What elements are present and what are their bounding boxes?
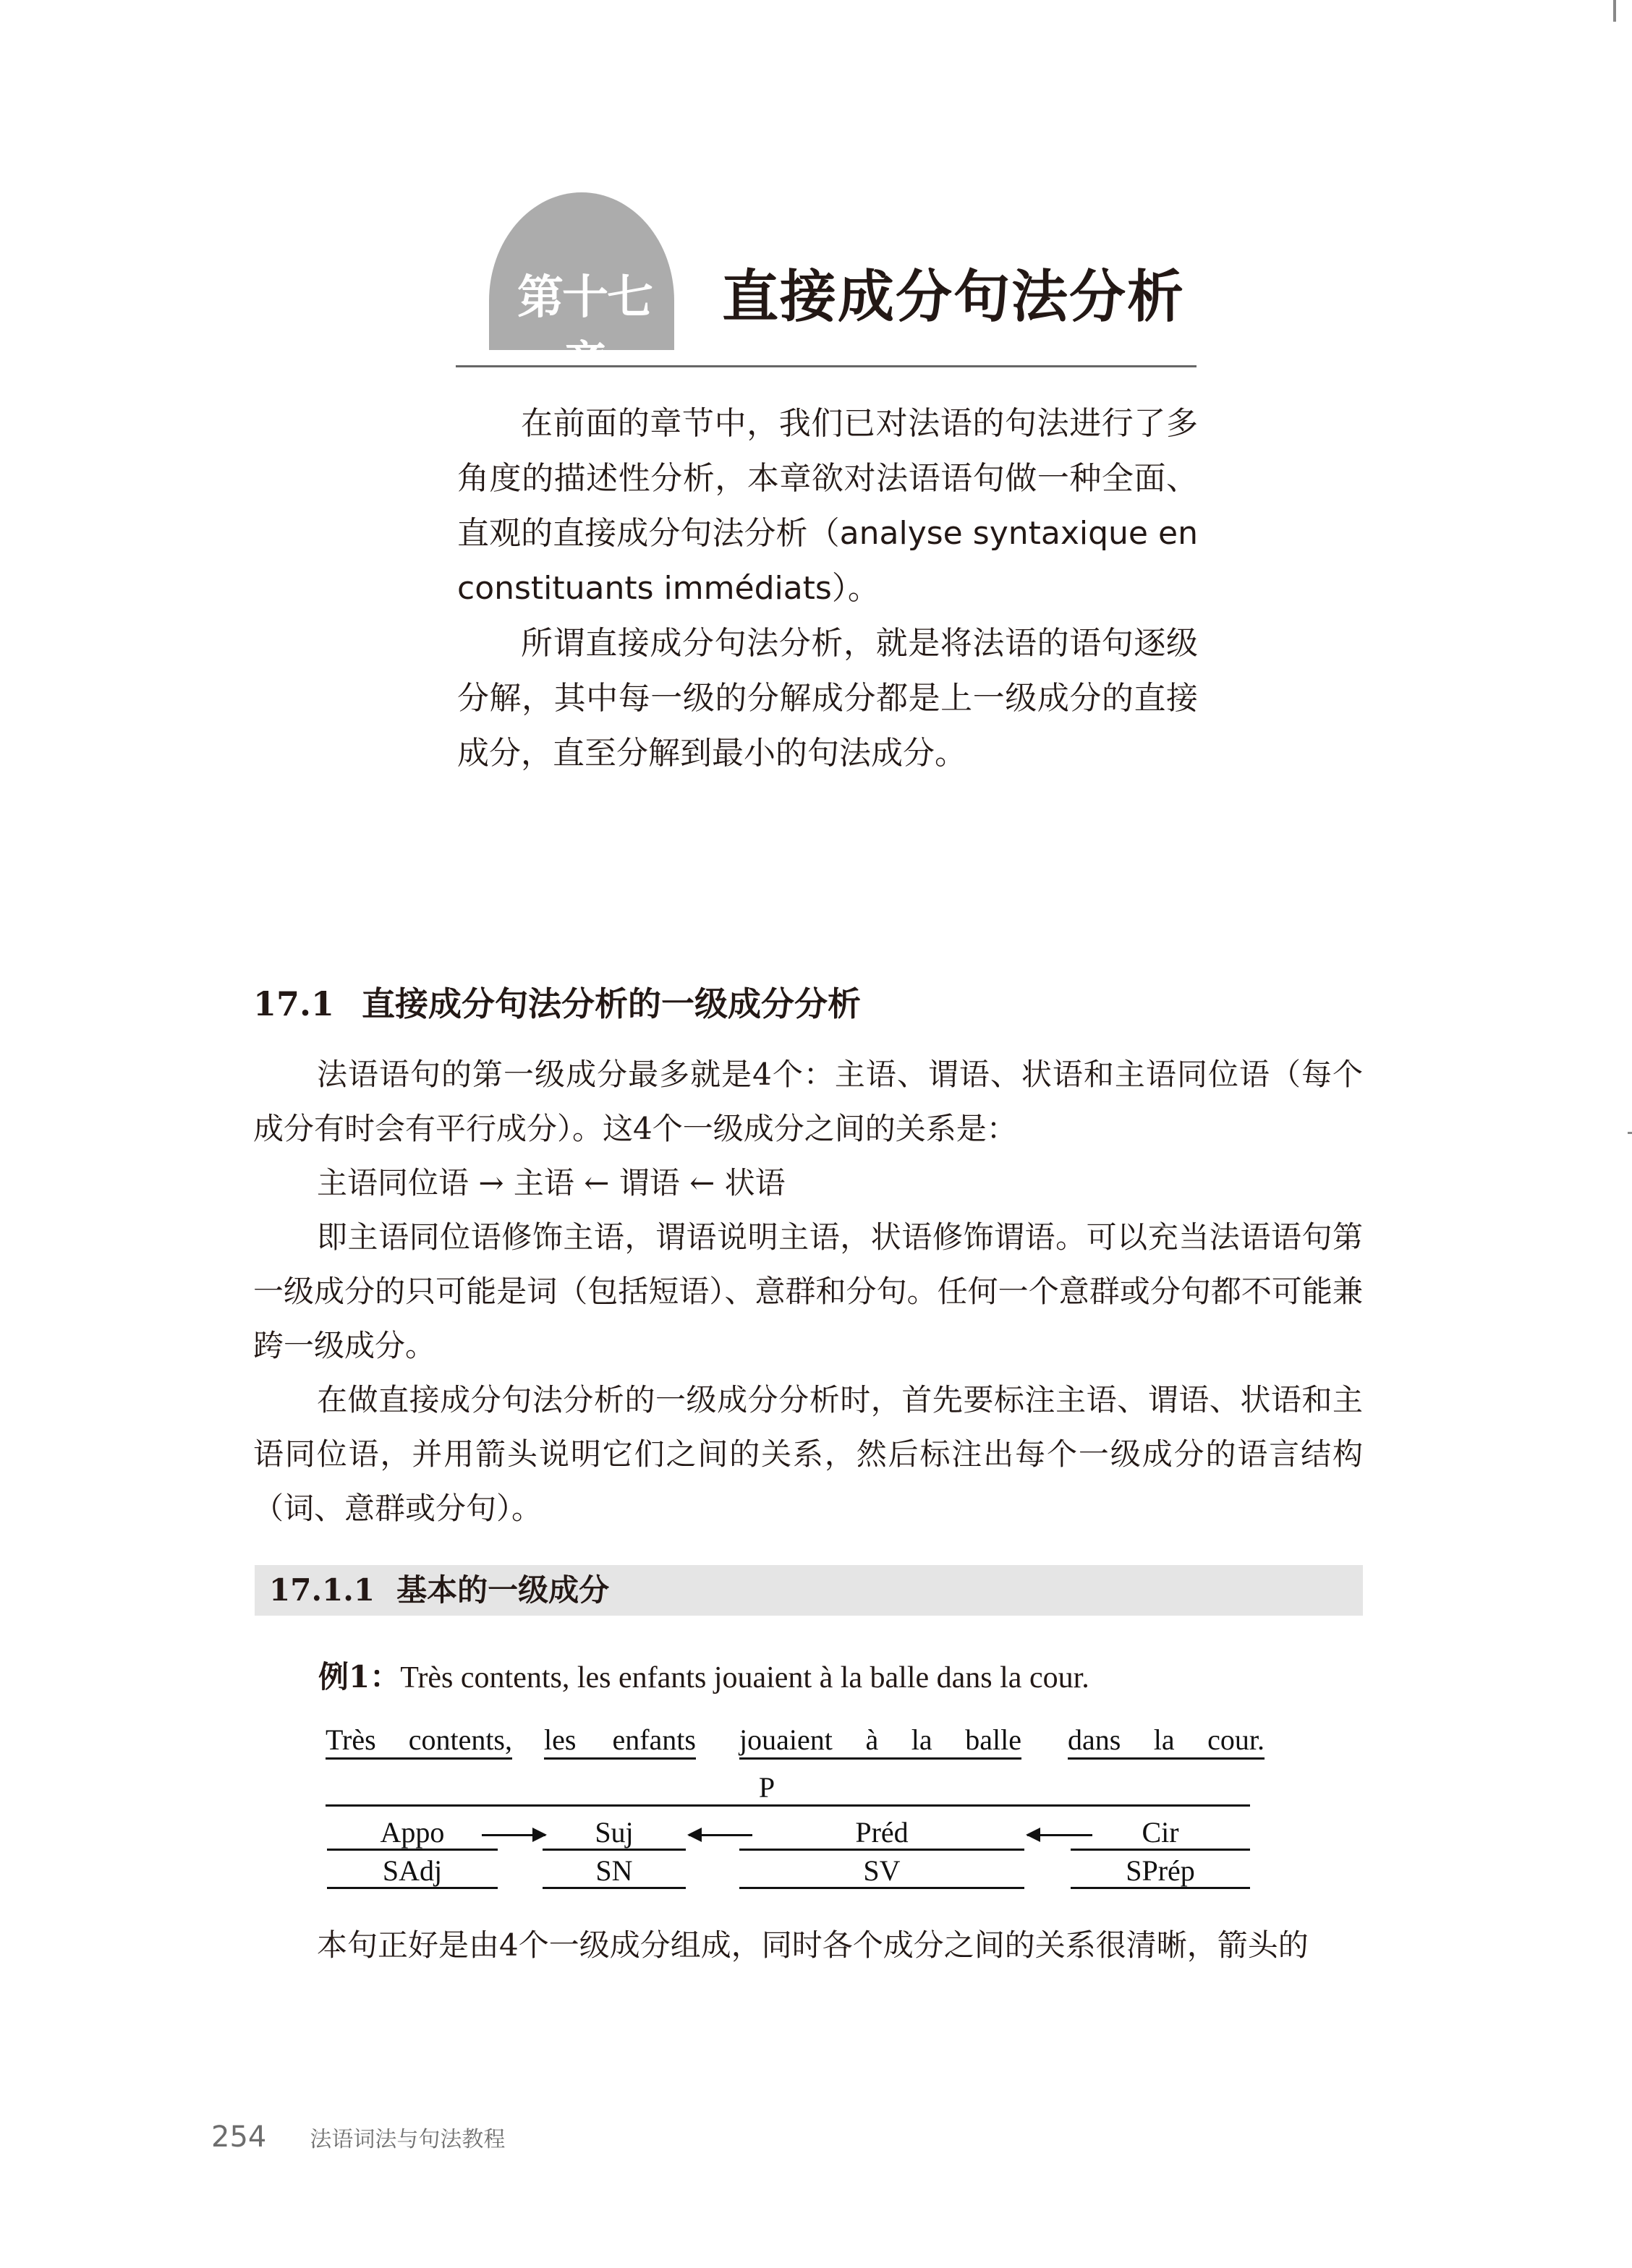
arrow-right-icon — [482, 1834, 545, 1836]
section-heading: 17.1直接成分句法分析的一级成分分析 — [253, 978, 861, 1026]
diagram-word-group: jouaient à la balle — [739, 1723, 1021, 1757]
intro-paragraph: 所谓直接成分句法分析，就是将法语的语句逐级分解，其中每一级的分解成分都是上一级成… — [457, 616, 1198, 781]
page-footer: 254法语词法与句法教程 — [211, 2120, 505, 2154]
crop-mark — [1628, 1132, 1632, 1134]
word-underline — [1068, 1757, 1265, 1760]
diagram-word-group: Très contents, — [326, 1723, 512, 1757]
function-label-suj: Suj — [543, 1815, 686, 1849]
subsection-heading: 17.1.1基本的一级成分 — [269, 1569, 609, 1611]
diagram-word-group: dans la cour. — [1068, 1723, 1265, 1757]
body-paragraph: 法语语句的第一级成分最多就是4个：主语、谓语、状语和主语同位语（每个成分有时会有… — [253, 1047, 1363, 1156]
example-line: 例1：Très contents, les enfants jouaient à… — [318, 1653, 1089, 1697]
word-underline — [326, 1757, 512, 1760]
arrow-left-icon — [1027, 1834, 1092, 1836]
word-underline — [544, 1757, 696, 1760]
function-underline — [327, 1849, 498, 1851]
section-body: 法语语句的第一级成分最多就是4个：主语、谓语、状语和主语同位语（每个成分有时会有… — [253, 1047, 1363, 1535]
closing-paragraph: 本句正好是由4个一级成分组成，同时各个成分之间的关系很清晰，箭头的 — [253, 1918, 1363, 1972]
book-title: 法语词法与句法教程 — [310, 2127, 505, 2152]
chapter-divider — [456, 365, 1197, 367]
subsection-title: 基本的一级成分 — [396, 1572, 609, 1608]
function-label-pred: Préd — [739, 1815, 1024, 1849]
function-underline — [739, 1849, 1024, 1851]
function-underline — [543, 1849, 686, 1851]
intro-paragraph: 在前面的章节中，我们已对法语的句法进行了多角度的描述性分析，本章欲对法语语句做一… — [457, 396, 1198, 616]
body-paragraph: 即主语同位语修饰主语，谓语说明主语，状语修饰谓语。可以充当法语语句第一级成分的只… — [253, 1210, 1363, 1373]
example-sentence: Très contents, les enfants jouaient à la… — [400, 1661, 1089, 1694]
structure-underline — [1071, 1887, 1250, 1889]
arrow-left-icon — [689, 1834, 752, 1836]
crop-mark — [1613, 0, 1616, 22]
structure-underline — [739, 1887, 1024, 1889]
structure-underline — [543, 1887, 686, 1889]
word-underline — [739, 1757, 1021, 1760]
body-paragraph: 本句正好是由4个一级成分组成，同时各个成分之间的关系很清晰，箭头的 — [253, 1918, 1363, 1972]
function-label-cir: Cir — [1071, 1815, 1250, 1849]
diagram-word-group: les enfants — [544, 1723, 696, 1757]
structure-label-sadj: SAdj — [327, 1854, 498, 1888]
phrase-label: P — [752, 1770, 781, 1804]
phrase-line — [326, 1804, 1250, 1807]
function-underline — [1071, 1849, 1250, 1851]
chapter-title: 直接成分句法分析 — [722, 252, 1185, 333]
page-number: 254 — [211, 2120, 266, 2154]
chapter-intro: 在前面的章节中，我们已对法语的句法进行了多角度的描述性分析，本章欲对法语语句做一… — [457, 396, 1198, 781]
relation-formula: 主语同位语 → 主语 ← 谓语 ← 状语 — [253, 1156, 1363, 1210]
structure-label-sn: SN — [543, 1854, 686, 1888]
example-label: 例1： — [318, 1659, 400, 1694]
subsection-number: 17.1.1 — [269, 1572, 375, 1608]
structure-underline — [327, 1887, 498, 1889]
structure-label-sprep: SPrép — [1071, 1854, 1250, 1888]
section-number: 17.1 — [253, 984, 334, 1023]
body-paragraph: 在做直接成分句法分析的一级成分分析时，首先要标注主语、谓语、状语和主语同位语，并… — [253, 1373, 1363, 1535]
function-label-appo: Appo — [327, 1815, 498, 1849]
structure-label-sv: SV — [739, 1854, 1024, 1888]
section-title: 直接成分句法分析的一级成分分析 — [362, 984, 861, 1023]
chapter-number: 第十七章 — [498, 260, 671, 393]
